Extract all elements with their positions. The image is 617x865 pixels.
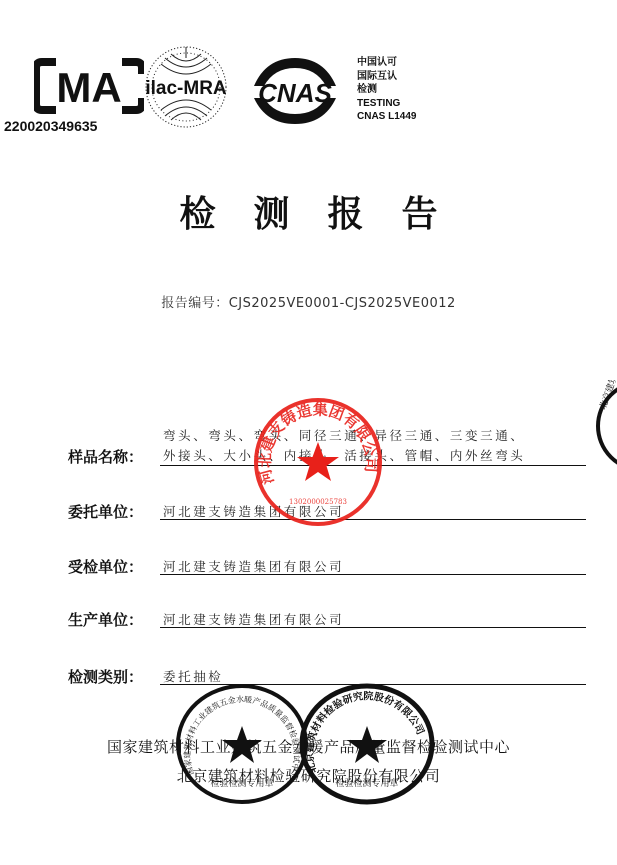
svg-text:国家建筑材料工业建筑五金水暖产品质量监督检验测试中心: 国家建筑材料工业建筑五金水暖产品质量监督检验测试中心 (172, 682, 302, 776)
document-title: 检测报告 (0, 186, 617, 237)
inspected-unit-underline (160, 574, 586, 575)
cma-number: 220020349635 (4, 118, 97, 134)
test-category-label: 检测类别： (68, 666, 143, 687)
svg-text:检验检测专用章: 检验检测专用章 (210, 777, 273, 789)
inspected-unit-value: 河北建支铸造集团有限公司 (163, 557, 344, 575)
svg-text:CNAS: CNAS (258, 78, 332, 108)
svg-text:1302000025783: 1302000025783 (289, 498, 347, 506)
svg-text:北京建筑材料: 北京建筑材料 (597, 380, 617, 411)
report-number: 报告编号：CJS2025VE0001-CJS2025VE0012 (0, 292, 617, 311)
manufacturer-value: 河北建支铸造集团有限公司 (163, 610, 344, 628)
svg-text:检验检测专用章: 检验检测专用章 (335, 777, 398, 789)
edge-seal-icon: 北京建筑材料 (590, 380, 617, 472)
testing-center-seal-icon: 国家建筑材料工业建筑五金水暖产品质量监督检验测试中心 检验检测专用章 (172, 682, 312, 806)
cma-logo-icon: MA (34, 58, 144, 114)
inspected-unit-label: 受检单位： (68, 556, 143, 577)
report-number-value: CJS2025VE0001-CJS2025VE0012 (229, 296, 456, 311)
client-label: 委托单位： (68, 501, 143, 522)
red-company-seal-icon: 河北建支铸造集团有限公司 1302000025783 (250, 394, 386, 530)
svg-text:MA: MA (56, 64, 121, 111)
manufacturer-underline (160, 627, 586, 628)
cnas-accreditation-text: 中国认可 国际互认 检测 TESTING CNAS L1449 (357, 56, 416, 124)
svg-text:ilac-MRA: ilac-MRA (145, 78, 227, 99)
cnas-logo-icon: CNAS (246, 56, 344, 126)
manufacturer-label: 生产单位： (68, 609, 143, 630)
report-number-label: 报告编号： (161, 296, 229, 311)
ilac-mra-logo-icon: ilac-MRA (143, 44, 229, 130)
institute-seal-icon: 北京建筑材料检验研究院股份有限公司 检验检测专用章 (296, 682, 438, 806)
sample-name-label: 样品名称： (68, 446, 143, 467)
